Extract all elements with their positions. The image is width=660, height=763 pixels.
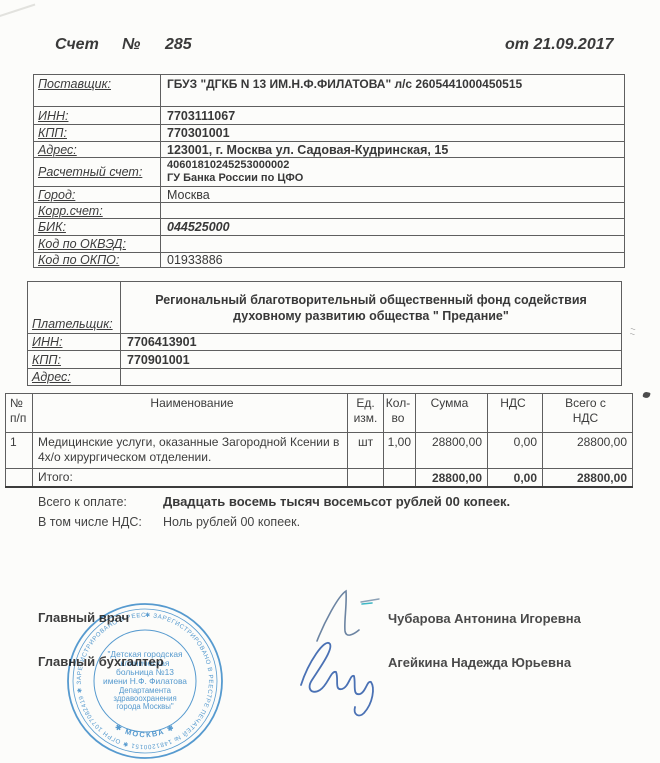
okved-value: [161, 236, 625, 253]
amount-due-row: Всего к оплате:Двадцать восемь тысяч вос…: [38, 494, 510, 515]
okpo-label: Код по ОКПО:: [34, 253, 161, 268]
total-label: Итого:: [33, 469, 348, 488]
scan-artifact-squiggle: ~~: [629, 327, 636, 338]
item-total: 28800,00: [543, 433, 633, 469]
supplier-label: Поставщик:: [34, 75, 161, 107]
kpp-value: 770301001: [161, 125, 625, 142]
doc-date: от 21.09.2017: [505, 36, 614, 54]
vat-included-row: В том числе НДС:Ноль рублей 00 копеек.: [38, 515, 510, 536]
table-row: ИНН: 7703111067: [34, 107, 625, 125]
col-header-sum: Сумма: [416, 394, 488, 433]
address-label: Адрес:: [34, 142, 161, 158]
table-row: Расчетный счет: 40601810245253000002 ГУ …: [34, 158, 625, 187]
item-row: 1 Медицинские услуги, оказанные Загородн…: [6, 433, 633, 469]
table-row: Плательщик: Региональный благотворительн…: [28, 282, 622, 334]
payer-kpp-value: 770901001: [121, 351, 622, 369]
svg-text:имени Н.Ф. Филатова: имени Н.Ф. Филатова: [103, 676, 187, 686]
total-sum: 28800,00: [416, 469, 488, 488]
amount-due-value: Двадцать восемь тысяч восемьсот рублей 0…: [163, 494, 510, 509]
table-row: Код по ОКВЭД:: [34, 236, 625, 253]
table-row: ИНН: 7706413901: [28, 334, 622, 351]
vat-included-value: Ноль рублей 00 копеек.: [163, 515, 300, 529]
account-label: Расчетный счет:: [34, 158, 161, 187]
table-row: Адрес:: [28, 369, 622, 386]
bank-name: ГУ Банка России по ЦФО: [167, 172, 621, 185]
items-table: № п/п Наименование Ед. изм. Кол- во Сумм…: [5, 393, 633, 488]
item-name: Медицинские услуги, оказанные Загородной…: [33, 433, 348, 469]
col-header-name: Наименование: [33, 394, 348, 433]
table-row: Корр.счет:: [34, 203, 625, 219]
inn-label: ИНН:: [34, 107, 161, 125]
stamp-center-text: "Детская городская клиническая больница …: [103, 649, 187, 711]
signature-stroke-2: [293, 633, 388, 718]
scan-artifact-speck: [642, 391, 650, 399]
item-qty: 1,00: [384, 433, 416, 469]
payer-label: Плательщик:: [28, 282, 121, 334]
items-total-row: Итого: 28800,00 0,00 28800,00: [6, 469, 633, 488]
payer-table: Плательщик: Региональный благотворительн…: [27, 281, 622, 386]
table-row: Поставщик: ГБУЗ "ДГКБ N 13 ИМ.Н.Ф.ФИЛАТО…: [34, 75, 625, 107]
payer-inn-label: ИНН:: [28, 334, 121, 351]
corr-account-label: Корр.счет:: [34, 203, 161, 219]
doc-type: Счет: [55, 36, 99, 54]
address-value: 123001, г. Москва ул. Садовая-Кудринская…: [161, 142, 625, 158]
payer-address-label: Адрес:: [28, 369, 121, 386]
bik-value: 044525000: [161, 219, 625, 236]
hospital-stamp: ✱ ЗАРЕГИСТРИРОВАНО В РЕЕСТРЕ ПЕЧАТЕЙ № 1…: [57, 598, 235, 760]
supplier-table: Поставщик: ГБУЗ "ДГКБ N 13 ИМ.Н.Ф.ФИЛАТО…: [33, 74, 625, 268]
stamp-city-text: ✱ МОСКВА ✱: [113, 722, 176, 739]
total-empty-num: [6, 469, 33, 488]
total-empty-unit: [348, 469, 384, 488]
total-empty-qty: [384, 469, 416, 488]
scan-artifact-corner: [0, 4, 35, 18]
account-number: 40601810245253000002: [167, 159, 621, 172]
items-header-row: № п/п Наименование Ед. изм. Кол- во Сумм…: [6, 394, 633, 433]
okved-label: Код по ОКВЭД:: [34, 236, 161, 253]
item-vat: 0,00: [488, 433, 543, 469]
vat-included-label: В том числе НДС:: [38, 515, 163, 529]
table-row: Код по ОКПО: 01933886: [34, 253, 625, 268]
col-header-vat: НДС: [488, 394, 543, 433]
payer-address-value: [121, 369, 622, 386]
doc-number: 285: [165, 36, 192, 54]
account-value: 40601810245253000002 ГУ Банка России по …: [161, 158, 625, 187]
bik-label: БИК:: [34, 219, 161, 236]
item-num: 1: [6, 433, 33, 469]
col-header-total: Всего с НДС: [543, 394, 633, 433]
total-vat: 0,00: [488, 469, 543, 488]
okpo-value: 01933886: [161, 253, 625, 268]
supplier-value: ГБУЗ "ДГКБ N 13 ИМ.Н.Ф.ФИЛАТОВА" л/с 260…: [161, 75, 625, 107]
table-row: Город: Москва: [34, 187, 625, 203]
inn-value: 7703111067: [161, 107, 625, 125]
payer-kpp-label: КПП:: [28, 351, 121, 369]
amount-in-words-block: Всего к оплате:Двадцать восемь тысяч вос…: [38, 494, 510, 536]
col-header-qty: Кол- во: [384, 394, 416, 433]
total-with-vat: 28800,00: [543, 469, 633, 488]
table-row: БИК: 044525000: [34, 219, 625, 236]
col-header-unit: Ед. изм.: [348, 394, 384, 433]
table-row: Адрес: 123001, г. Москва ул. Садовая-Куд…: [34, 142, 625, 158]
col-header-num: № п/п: [6, 394, 33, 433]
amount-due-label: Всего к оплате:: [38, 495, 163, 509]
invoice-document: ~~ Счет № 285 от 21.09.2017 Поставщик: Г…: [0, 0, 660, 763]
city-value: Москва: [161, 187, 625, 203]
chief-accountant-name: Агейкина Надежда Юрьевна: [388, 655, 571, 670]
table-row: КПП: 770901001: [28, 351, 622, 369]
chief-physician-name: Чубарова Антонина Игоревна: [388, 611, 581, 626]
table-row: КПП: 770301001: [34, 125, 625, 142]
doc-number-sign: №: [122, 36, 140, 54]
city-label: Город:: [34, 187, 161, 203]
svg-text:города Москвы": города Москвы": [116, 702, 174, 711]
payer-inn-value: 7706413901: [121, 334, 622, 351]
kpp-label: КПП:: [34, 125, 161, 142]
item-sum: 28800,00: [416, 433, 488, 469]
item-unit: шт: [348, 433, 384, 469]
corr-account-value: [161, 203, 625, 219]
payer-value: Региональный благотворительный обществен…: [121, 282, 622, 334]
